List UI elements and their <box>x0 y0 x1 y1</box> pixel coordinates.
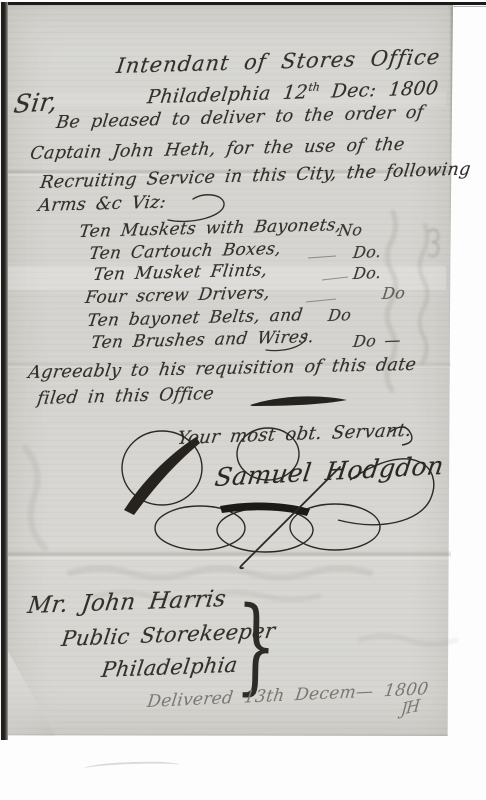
scanned-letter-page: Intendant of Stores Office Philadelphia … <box>0 0 486 800</box>
salutation: Sir, <box>12 87 60 119</box>
office-dash-flourish <box>248 392 350 410</box>
margin-numeral-mark <box>428 229 438 256</box>
signature-flourish <box>100 410 450 575</box>
item-ditto: No <box>337 220 364 240</box>
wires-swash-flourish <box>262 330 318 354</box>
body-line: Arms &c Viz: <box>37 193 167 216</box>
item-ditto: Do <box>381 283 406 303</box>
date-rest-text: Dec: 1800 <box>318 77 440 103</box>
